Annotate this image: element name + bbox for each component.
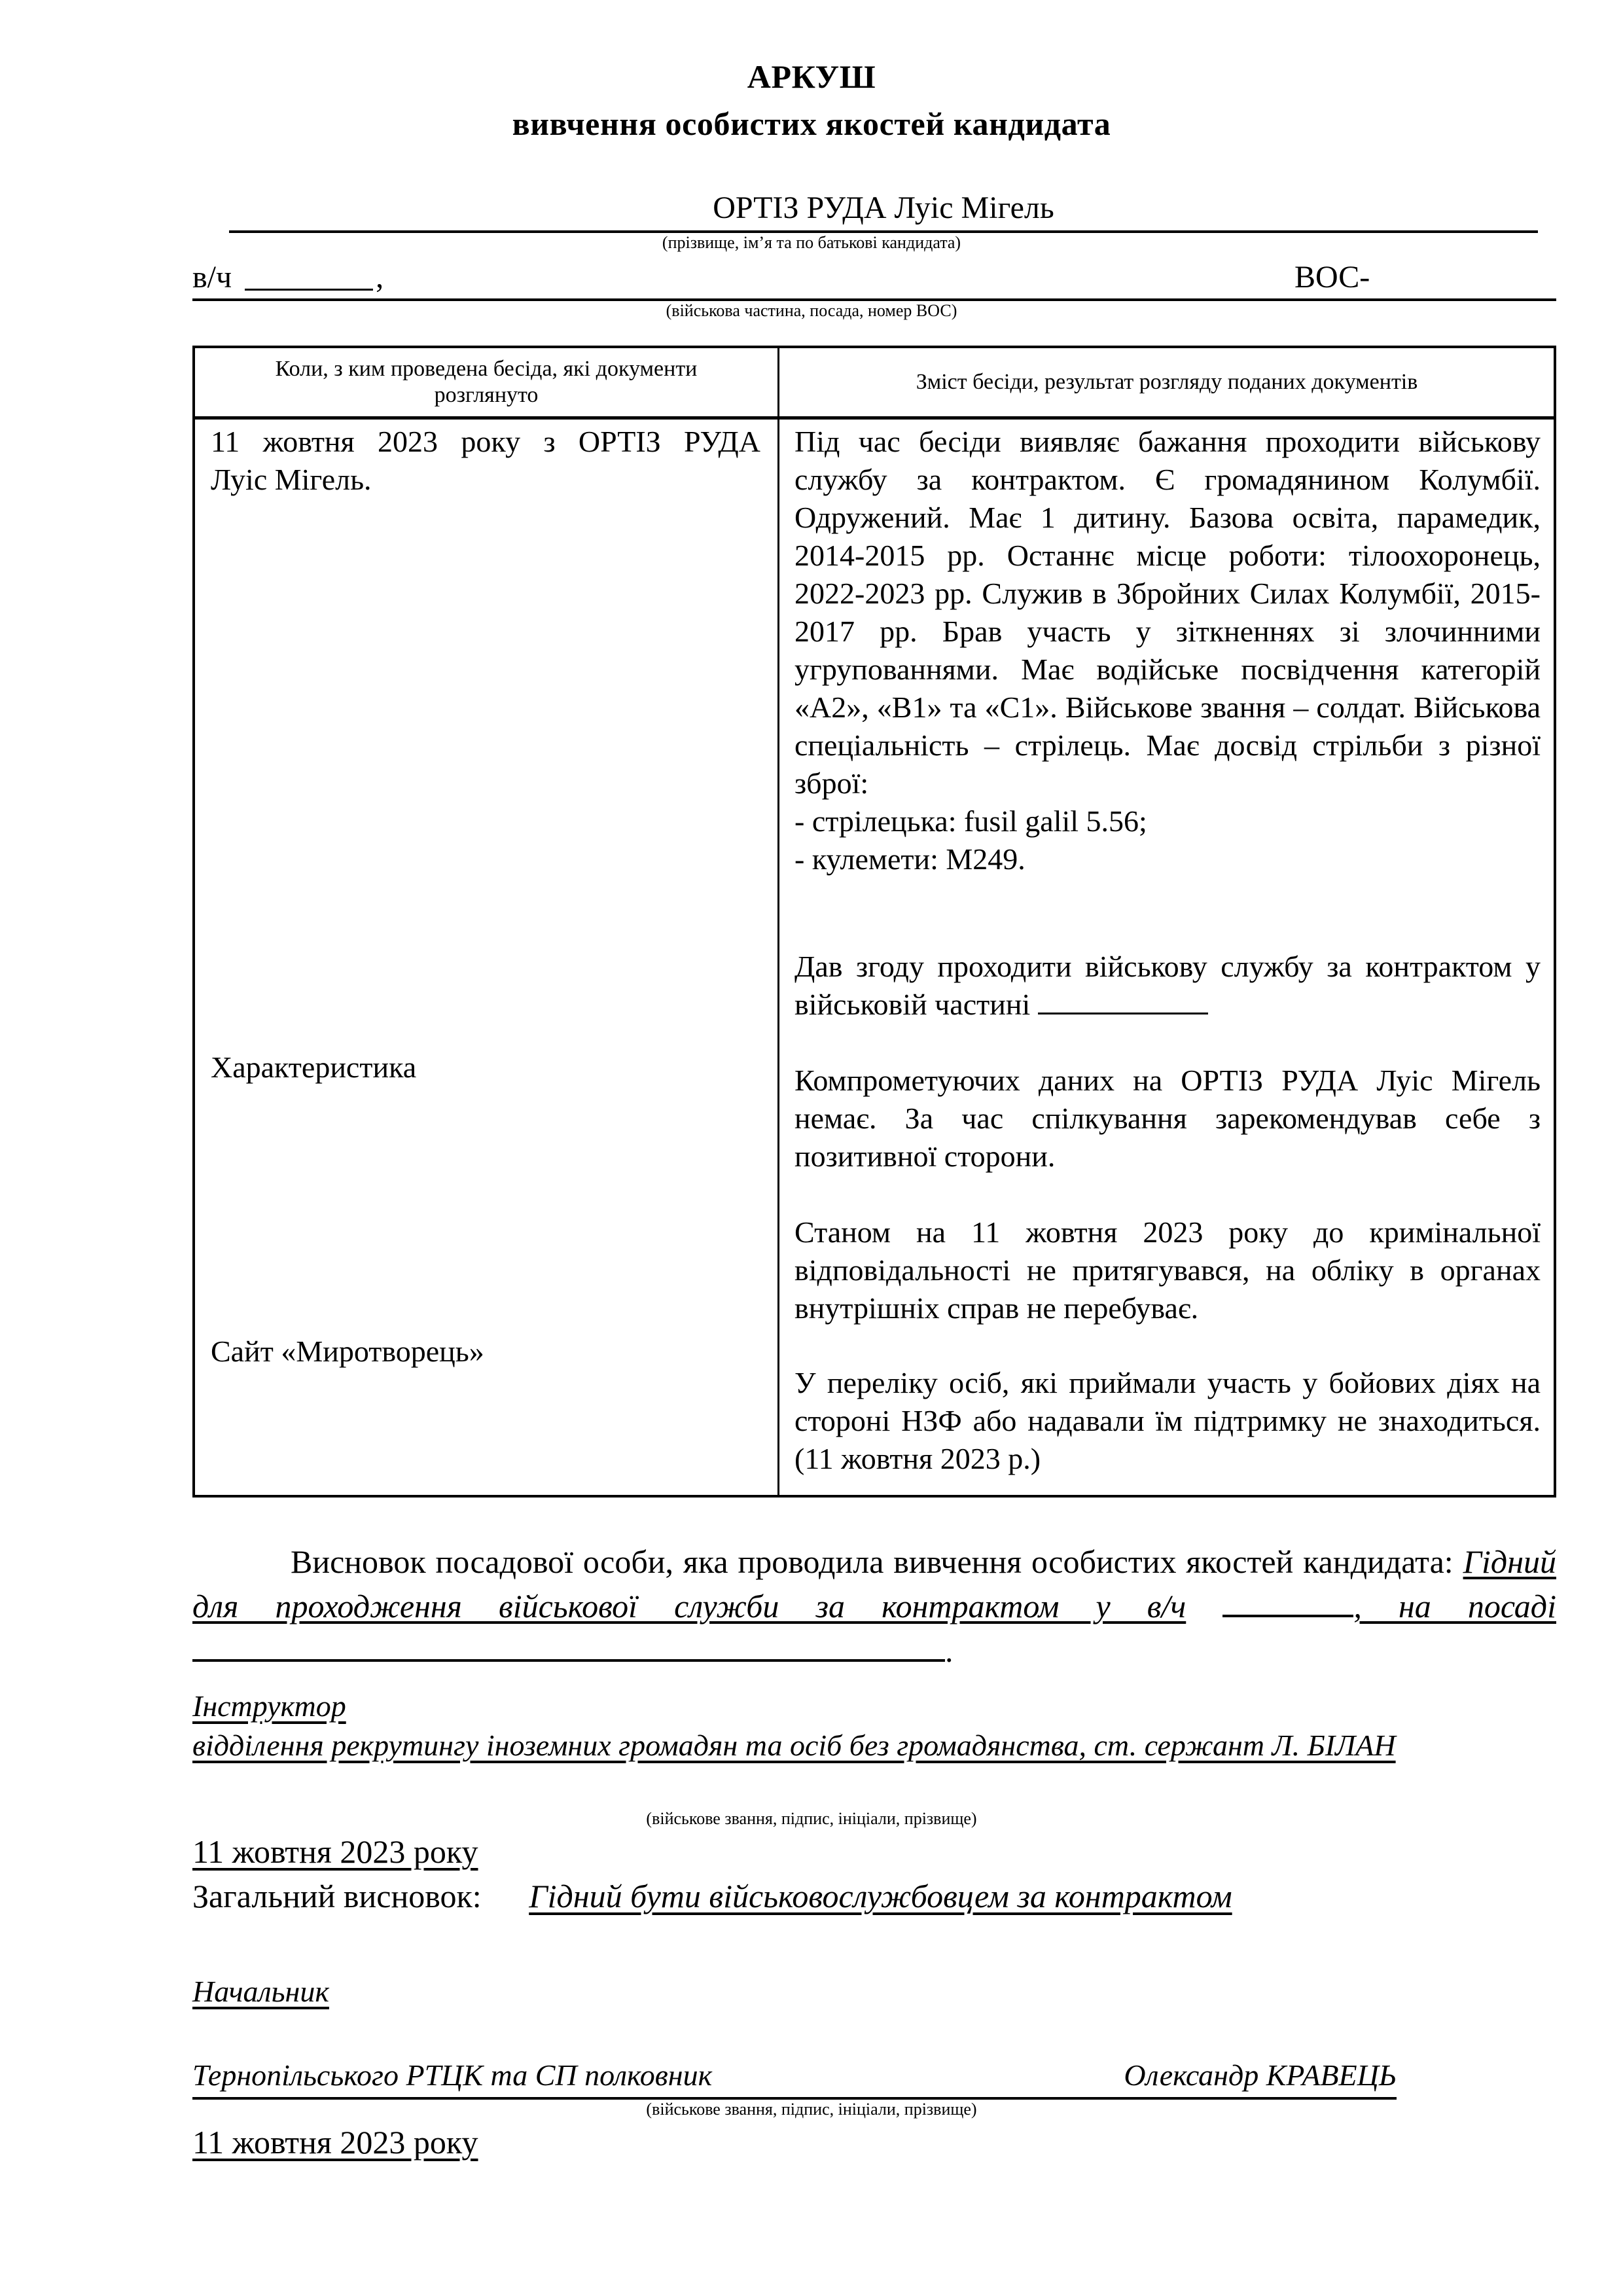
position-blank: [192, 1630, 945, 1662]
weapon-item: - кулемети: М249.: [794, 840, 1541, 878]
candidate-name: ОРТІЗ РУДА Луіс Мігель: [229, 186, 1538, 233]
name-caption: (прізвище, ім’я та по батькові кандидата…: [0, 233, 1623, 253]
interview-table: Коли, з ким проведена бесіда, які докуме…: [192, 346, 1556, 1498]
characteristic-paragraph: Компрометуючих даних на ОРТІЗ РУДА Луіс …: [794, 1062, 1541, 1175]
weapon-item: - стрілецька: fusil galil 5.56;: [794, 802, 1541, 840]
unit-blank: [245, 257, 373, 291]
interview-date-cell: 11 жовтня 2023 року з ОРТІЗ РУДА Луіс Мі…: [211, 423, 760, 499]
chief-organization: Тернопільського РТЦК та СП полковник: [192, 2058, 712, 2092]
unit-row: в/ч , ВОС-: [192, 257, 1556, 301]
general-value: Гідний бути військовослужбовцем за контр…: [529, 1878, 1232, 1914]
voc-label: ВОС-: [1294, 257, 1370, 298]
interview-date-line1: 11 жовтня 2023 року з ОРТІЗ РУДА: [211, 423, 760, 461]
general-label: Загальний висновок:: [192, 1878, 482, 1914]
document-subtitle: вивчення особистих якостей кандидата: [0, 105, 1623, 143]
document-title: АРКУШ: [0, 58, 1623, 96]
chief-name: Олександр КРАВЕЦЬ: [1124, 2058, 1397, 2092]
chief-signature-line: Тернопільського РТЦК та СП полковник Оле…: [192, 2058, 1397, 2100]
interview-paragraph: Під час бесіди виявляє бажання проходити…: [794, 423, 1541, 878]
chief-date: 11 жовтня 2023 року: [192, 2123, 478, 2161]
official-conclusion: Висновок посадової особи, яка проводила …: [192, 1539, 1556, 1673]
unit-label: в/ч: [192, 260, 232, 295]
unit-separator: ,: [376, 260, 383, 295]
column-divider: [777, 348, 779, 1495]
mirotvorets-label: Сайт «Миротворець»: [211, 1333, 760, 1371]
general-conclusion: Загальний висновок: Гідний бути військов…: [192, 1877, 1232, 1915]
chief-title: Начальник: [192, 1974, 329, 2009]
instructor-title: Інструктор: [192, 1689, 346, 1723]
position-label: , на посаді: [1353, 1588, 1556, 1624]
signature-caption: (військове звання, підпис, ініціали, прі…: [0, 2100, 1623, 2119]
instructor-date: 11 жовтня 2023 року: [192, 1833, 478, 1871]
unit-blank: [1222, 1586, 1353, 1617]
signature-caption: (військове звання, підпис, ініціали, прі…: [0, 1809, 1623, 1829]
header-divider: [195, 416, 1554, 420]
characteristic-label: Характеристика: [211, 1049, 760, 1086]
conclusion-intro: Висновок посадової особи, яка проводила …: [291, 1543, 1454, 1580]
table-header-when: Коли, з ким проведена бесіда, які докуме…: [195, 348, 777, 416]
criminal-record-paragraph: Станом на 11 жовтня 2023 року до криміна…: [794, 1213, 1541, 1327]
interview-text: Під час бесіди виявляє бажання проходити…: [794, 425, 1541, 800]
unit-caption: (військова частина, посада, номер ВОС): [0, 301, 1623, 321]
unit-blank: [1038, 986, 1208, 1014]
consent-paragraph: Дав згоду проходити військову службу за …: [794, 948, 1541, 1024]
mirotvorets-paragraph: У переліку осіб, які приймали участь у б…: [794, 1364, 1541, 1478]
table-header-content: Зміст бесіди, результат розгляду поданих…: [780, 348, 1554, 416]
conclusion-end: .: [945, 1632, 954, 1669]
document-page: АРКУШ вивчення особистих якостей кандида…: [0, 0, 1623, 2296]
instructor-department: відділення рекрутингу іноземних громадян…: [192, 1728, 1396, 1763]
interview-date-line2: Луіс Мігель.: [211, 463, 372, 496]
unit-field: в/ч ,: [192, 257, 383, 298]
